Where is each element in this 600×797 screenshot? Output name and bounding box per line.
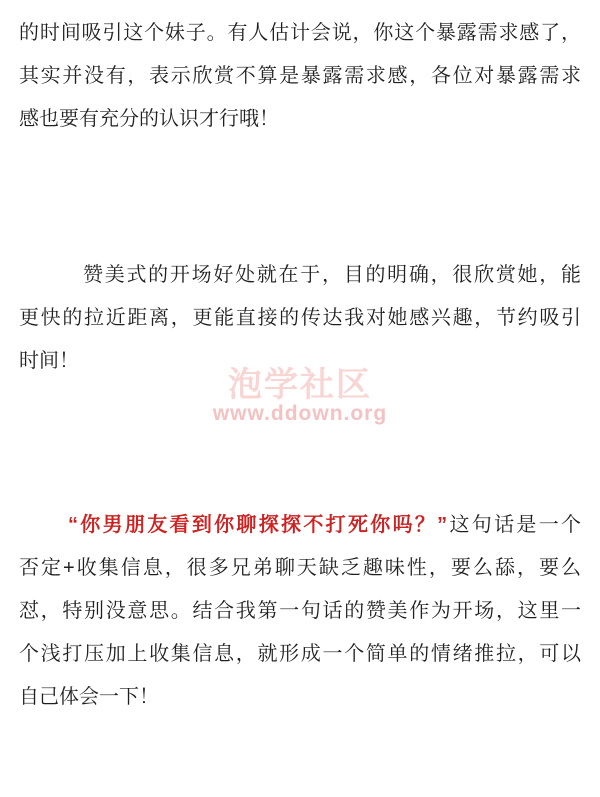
paragraph-3: “你男朋友看到你聊探探不打死你吗？”这句话是一个 否定+收集信息，很多兄弟聊天缺… xyxy=(0,504,600,719)
text-line: 时间！ xyxy=(19,340,581,383)
lead-rest-text: 这句话是一个 xyxy=(447,514,581,536)
text-line: 自己体会一下！ xyxy=(19,676,581,719)
article-page: 的时间吸引这个妹子。有人估计会说，你这个暴露需求感了， 其实并没有，表示欣赏不算… xyxy=(0,0,600,797)
text-line: 否定+收集信息，很多兄弟聊天缺乏趣味性，要么舔，要么 xyxy=(19,547,581,590)
paragraph-2: 赞美式的开场好处就在于，目的明确，很欣赏她，能 更快的拉近距离，更能直接的传达我… xyxy=(0,254,600,383)
paragraph-1: 的时间吸引这个妹子。有人估计会说，你这个暴露需求感了， 其实并没有，表示欣赏不算… xyxy=(0,12,600,141)
text-line: 其实并没有，表示欣赏不算是暴露需求感，各位对暴露需求 xyxy=(19,55,581,98)
highlighted-quote: “你男朋友看到你聊探探不打死你吗？” xyxy=(68,514,447,536)
text-line: 怼，特别没意思。结合我第一句话的赞美作为开场，这里一 xyxy=(19,590,581,633)
text-line: 更快的拉近距离，更能直接的传达我对她感兴趣，节约吸引 xyxy=(19,297,581,340)
text-line: 赞美式的开场好处就在于，目的明确，很欣赏她，能 xyxy=(19,254,581,297)
text-line: “你男朋友看到你聊探探不打死你吗？”这句话是一个 xyxy=(19,504,581,547)
text-line: 的时间吸引这个妹子。有人估计会说，你这个暴露需求感了， xyxy=(19,12,581,55)
text-line: 感也要有充分的认识才行哦！ xyxy=(19,98,581,141)
watermark-site-url: www.ddown.org xyxy=(0,404,600,424)
text-line: 个浅打压加上收集信息，就形成一个简单的情绪推拉，可以 xyxy=(19,633,581,676)
